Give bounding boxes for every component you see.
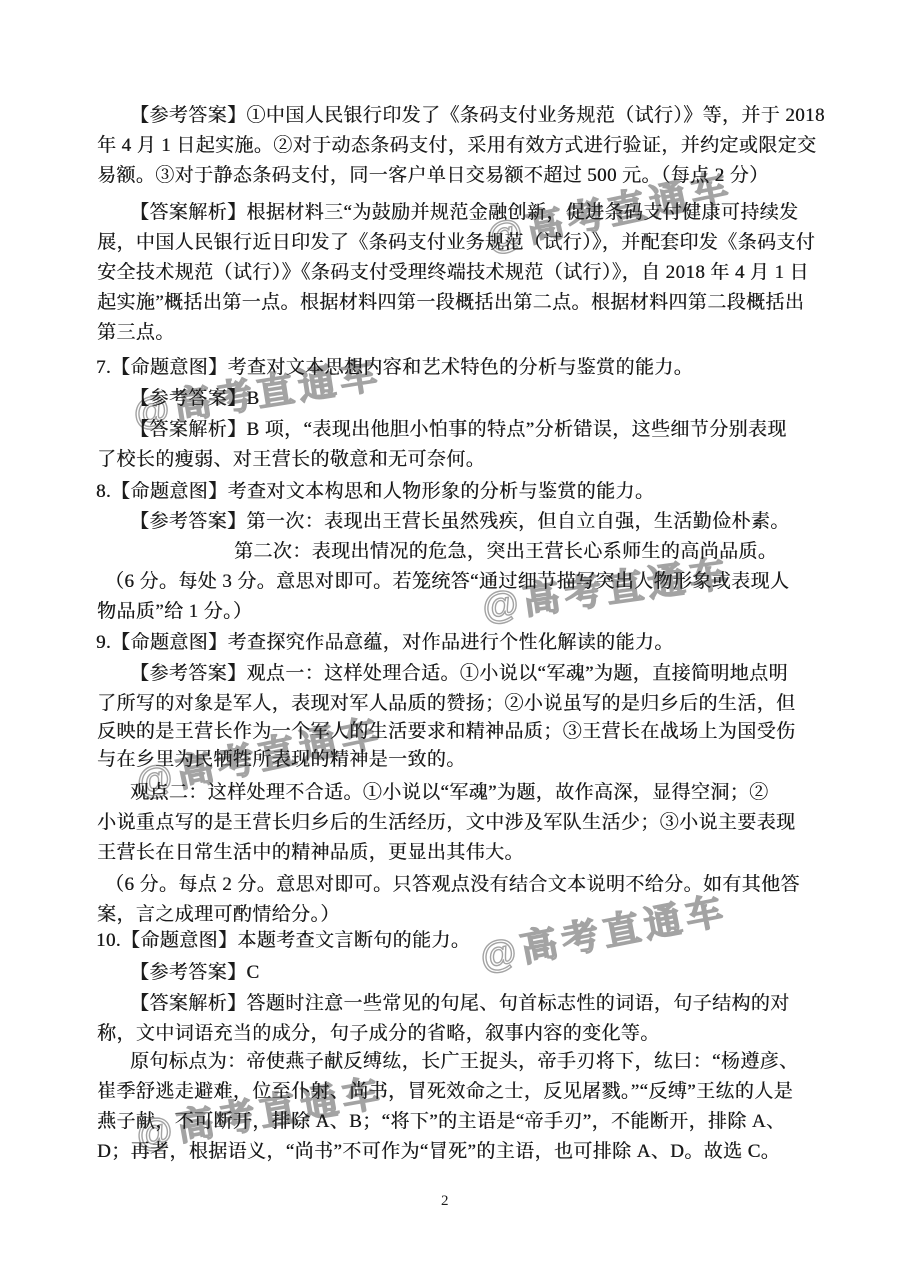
text-line: 崔季舒逃走避难，位至仆射、尚书，冒死效命之士，反见屠戮。”“反缚”王纮的人是 bbox=[97, 1076, 793, 1103]
text-line: 观点二：这样处理不合适。①小说以“军魂”为题，故作高深，显得空洞；② bbox=[130, 777, 768, 804]
text-line: 展，中国人民银行近日印发了《条码支付业务规范（试行）》，并配套印发《条码支付 bbox=[97, 227, 815, 254]
text-line: 与在乡里为民牺牲所表现的精神是一致的。 bbox=[97, 744, 466, 771]
text-line: 10.【命题意图】本题考查文言断句的能力。 bbox=[96, 925, 470, 952]
text-line: 反映的是王营长作为一个军人的生活要求和精神品质；③王营长在战场上为国受伤 bbox=[97, 716, 795, 743]
text-line: （6 分。每点 2 分。意思对即可。只答观点没有结合文本说明不给分。如有其他答 bbox=[105, 869, 800, 896]
text-line: 起实施”概括出第一点。根据材料四第一段概括出第二点。根据材料四第二段概括出 bbox=[97, 287, 804, 314]
text-line: 第二次：表现出情况的危急，突出王营长心系师生的高尚品质。 bbox=[234, 536, 777, 563]
text-line: 小说重点写的是王营长归乡后的生活经历，文中涉及军队生活少；③小说主要表现 bbox=[97, 807, 795, 834]
text-line: 【答案解析】B 项，“表现出他胆小怕事的特点”分析错误，这些细节分别表现 bbox=[130, 414, 787, 441]
text-line: 称，文中词语充当的成分，句子成分的省略，叙事内容的变化等。 bbox=[97, 1018, 660, 1045]
text-line: D；再者，根据语义，“尚书”不可作为“冒死”的主语，也可排除 A、D。故选 C。 bbox=[97, 1136, 780, 1163]
text-line: 8.【命题意图】考查对文本构思和人物形象的分析与鉴赏的能力。 bbox=[96, 476, 654, 503]
text-line: 年 4 月 1 日起实施。②对于动态条码支付，采用有效方式进行验证，并约定或限定… bbox=[97, 130, 816, 157]
page-number: 2 bbox=[441, 1193, 449, 1210]
text-line: 物品质”给 1 分。） bbox=[97, 596, 252, 623]
text-line: 燕子献，不可断开，排除 A、B；“将下”的主语是“帝手刃”，不能断开，排除 A、 bbox=[97, 1106, 785, 1133]
text-line: （6 分。每处 3 分。意思对即可。若笼统答“通过细节描写突出人物形象或表现人 bbox=[105, 566, 789, 593]
text-line: 7.【命题意图】考查对文本思想内容和艺术特色的分析与鉴赏的能力。 bbox=[96, 352, 693, 379]
text-line: 原句标点为：帝使燕子献反缚纮，长广王捉头，帝手刃将下，纮曰：“杨遵彦、 bbox=[130, 1046, 798, 1073]
document-body: 【参考答案】①中国人民银行印发了《条码支付业务规范（试行）》等，并于 2018年… bbox=[0, 0, 900, 1272]
text-line: 王营长在日常生活中的精神品质，更显出其伟大。 bbox=[97, 837, 524, 864]
text-line: 第三点。 bbox=[97, 317, 175, 344]
text-line: 了所写的对象是军人，表现对军人品质的赞扬；②小说虽写的是归乡后的生活，但 bbox=[97, 688, 795, 715]
text-line: 案，言之成理可酌情给分。） bbox=[97, 899, 340, 926]
text-line: 【参考答案】①中国人民银行印发了《条码支付业务规范（试行）》等，并于 2018 bbox=[130, 100, 825, 127]
text-line: 了校长的瘦弱、对王营长的敬意和无可奈何。 bbox=[97, 444, 485, 471]
answer-sheet-page: @高考直通车@高考直通车@高考直通车@高考直通车@高考直通车@高考直通车 【参考… bbox=[0, 0, 900, 1272]
text-line: 【参考答案】C bbox=[130, 957, 259, 984]
text-line: 安全技术规范（试行）》《条码支付受理终端技术规范（试行）》，自 2018 年 4… bbox=[97, 257, 809, 284]
text-line: 【参考答案】第一次：表现出王营长虽然残疾，但自立自强，生活勤俭朴素。 bbox=[130, 506, 790, 533]
text-line: 【答案解析】根据材料三“为鼓励并规范金融创新，促进条码支付健康可持续发 bbox=[130, 197, 798, 224]
text-line: 【参考答案】观点一：这样处理合适。①小说以“军魂”为题，直接简明地点明 bbox=[130, 658, 788, 685]
text-line: 【参考答案】B bbox=[130, 383, 259, 410]
text-line: 易额。③对于静态条码支付，同一客户单日交易额不超过 500 元。（每点 2 分） bbox=[97, 160, 769, 187]
text-line: 【答案解析】答题时注意一些常见的句尾、句首标志性的词语，句子结构的对 bbox=[130, 988, 790, 1015]
text-line: 9.【命题意图】考查探究作品意蕴，对作品进行个性化解读的能力。 bbox=[96, 627, 674, 654]
